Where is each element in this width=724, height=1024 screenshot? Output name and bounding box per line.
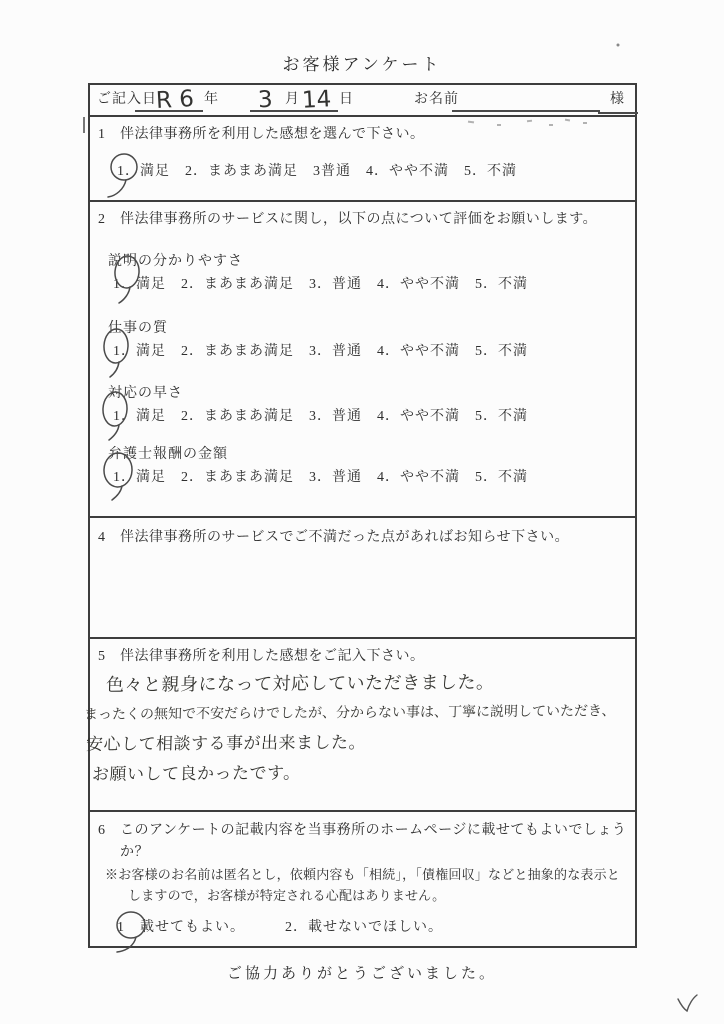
q2-item-options: 1．満足 2．まあまあ満足 3．普通 4．やや不満 5．不満 (113, 407, 629, 427)
question-text: 伴法律事務所を利用した感想をご記入下さい。 (120, 647, 629, 667)
q2-item-label: 説明の分かりやすさ (108, 252, 629, 272)
question-text: 伴法律事務所のサービスでご不満だった点があればお知らせ下さい。 (120, 528, 629, 548)
scanned-survey-document: お客様アンケート ご記入日 R 6 年 3 月 14 日 お名前 様 1 伴法律… (0, 0, 724, 1024)
handwritten-year-value: R 6 (155, 81, 195, 119)
handwritten-day-value: 14 (301, 81, 332, 118)
year-unit-label: 年 (204, 85, 218, 115)
question-5: 5 伴法律事務所を利用した感想をご記入下さい。 (90, 647, 629, 667)
question-number: 4 (90, 528, 120, 548)
survey-form: ご記入日 R 6 年 3 月 14 日 お名前 様 1 伴法律事務所を利用した感… (88, 83, 637, 948)
q2-item-work-quality: 仕事の質 1．満足 2．まあまあ満足 3．普通 4．やや不満 5．不満 (108, 319, 629, 362)
question-text: このアンケートの記載内容を当事務所のホームページに載せてもよいでしょうか？ (120, 820, 629, 864)
handwritten-comment-line: お願いして良かったです。 (92, 758, 630, 788)
handwritten-checkmark (678, 995, 697, 1011)
page-title: お客様アンケート (0, 50, 724, 75)
underline (598, 112, 638, 114)
name-field-underline (452, 110, 600, 112)
question-number: 5 (90, 647, 120, 667)
honorific-label: 様 (610, 85, 624, 115)
question-5-section: 5 伴法律事務所を利用した感想をご記入下さい。 色々と親身になって対応していただ… (90, 639, 635, 812)
question-number: 1 (90, 125, 120, 145)
q2-item-label: 弁護士報酬の金額 (108, 445, 629, 465)
question-4: 4 伴法律事務所のサービスでご不満だった点があればお知らせ下さい。 (90, 528, 629, 548)
q2-item-explanation-clarity: 説明の分かりやすさ 1．満足 2．まあまあ満足 3．普通 4．やや不満 5．不満 (108, 252, 629, 295)
handwritten-comment-line: 安心して相談する事が出来ました。 (86, 728, 630, 758)
q1-options: 1．満足 2．まあまあ満足 3普通 4．やや不満 5．不満 (90, 162, 629, 182)
q2-item-label: 仕事の質 (108, 319, 629, 339)
anonymity-note: ※お客様のお名前は匿名とし，依頼内容も「相続」，「債権回収」などと抽象的な表示と… (90, 864, 629, 906)
question-number: 2 (90, 210, 120, 230)
q2-item-options: 1．満足 2．まあまあ満足 3．普通 4．やや不満 5．不満 (113, 275, 629, 295)
question-6: 6 このアンケートの記載内容を当事務所のホームページに載せてもよいでしょうか？ (90, 820, 629, 864)
question-6-section: 6 このアンケートの記載内容を当事務所のホームページに載せてもよいでしょうか？ … (90, 812, 635, 946)
q2-item-options: 1．満足 2．まあまあ満足 3．普通 4．やや不満 5．不満 (113, 342, 629, 362)
q2-item-attorney-fees: 弁護士報酬の金額 1．満足 2．まあまあ満足 3．普通 4．やや不満 5．不満 (108, 445, 629, 488)
q6-option-allow: 1 載せてもよい。 (117, 918, 245, 938)
handwritten-comment-line: 色々と親身になって対応していただきました。 (106, 669, 630, 699)
question-4-section: 4 伴法律事務所のサービスでご不満だった点があればお知らせ下さい。 (90, 518, 635, 639)
question-text: 伴法律事務所のサービスに関し，以下の点について評価をお願いします。 (120, 210, 629, 230)
question-1-section: 1 伴法律事務所を利用した感想を選んで下さい。 1．満足 2．まあまあ満足 3普… (90, 117, 635, 202)
underline (250, 110, 338, 112)
handwritten-month-value: 3 (257, 82, 274, 119)
footer-thanks: ご協力ありがとうございました。 (0, 962, 724, 983)
question-2: 2 伴法律事務所のサービスに関し，以下の点について評価をお願いします。 (90, 210, 629, 230)
question-2-section: 2 伴法律事務所のサービスに関し，以下の点について評価をお願いします。 説明の分… (90, 202, 635, 518)
header-row: ご記入日 R 6 年 3 月 14 日 お名前 様 (90, 85, 635, 117)
question-1: 1 伴法律事務所を利用した感想を選んで下さい。 (90, 125, 629, 145)
q2-item-response-speed: 対応の早さ 1．満足 2．まあまあ満足 3．普通 4．やや不満 5．不満 (108, 384, 629, 427)
q6-options: 1 載せてもよい。 2．載せないでほしい。 (90, 918, 629, 938)
q6-option-deny: 2．載せないでほしい。 (285, 918, 443, 938)
question-number: 6 (90, 820, 120, 864)
question-text: 伴法律事務所を利用した感想を選んで下さい。 (120, 125, 629, 145)
underline (135, 110, 203, 112)
day-unit-label: 日 (339, 85, 353, 115)
handwritten-comment-line: まったくの無知で不安だらけでしたが、分からない事は、丁寧に説明していただき、 (84, 698, 630, 728)
q2-item-options: 1．満足 2．まあまあ満足 3．普通 4．やや不満 5．不満 (113, 468, 629, 488)
q2-item-label: 対応の早さ (108, 384, 629, 404)
